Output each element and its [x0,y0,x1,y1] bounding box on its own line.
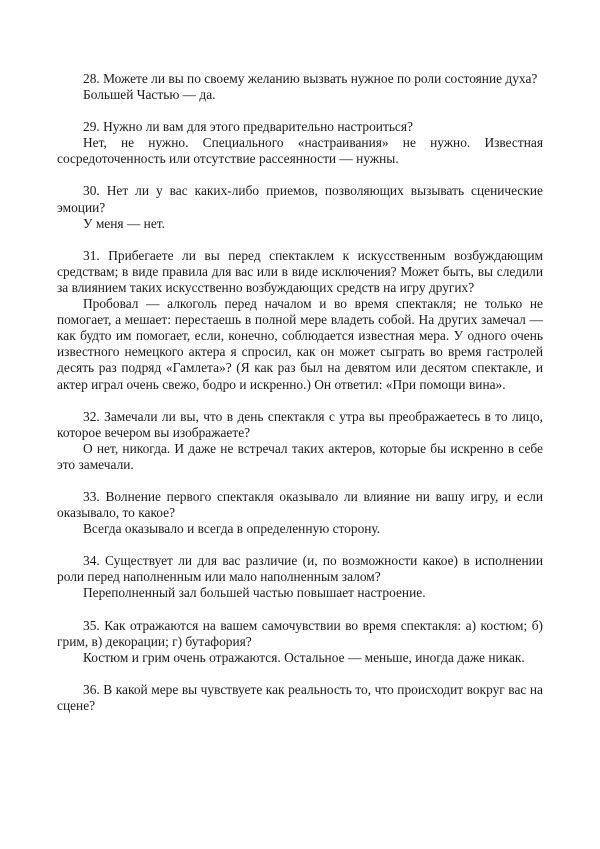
qa-item-28: 28. Можете ли вы по своему желанию вызва… [57,71,543,103]
question-text: 34. Существует ли для вас различие (и, п… [57,553,543,585]
qa-item-35: 35. Как отражаются на вашем самочувствии… [57,618,543,666]
qa-item-32: 32. Замечали ли вы, что в день спектакля… [57,409,543,473]
question-text: 32. Замечали ли вы, что в день спектакля… [57,409,543,441]
question-text: 36. В какой мере вы чувствуете как реаль… [57,682,543,714]
answer-text: Большей Частью — да. [57,87,543,103]
question-text: 30. Нет ли у вас каких-либо приемов, поз… [57,183,543,215]
question-text: 29. Нужно ли вам для этого предварительн… [57,119,543,135]
qa-item-29: 29. Нужно ли вам для этого предварительн… [57,119,543,167]
answer-text: Переполненный зал большей частью повышае… [57,585,543,601]
qa-item-34: 34. Существует ли для вас различие (и, п… [57,553,543,601]
document-page: 28. Можете ли вы по своему желанию вызва… [57,71,543,730]
question-text: 33. Волнение первого спектакля оказывало… [57,489,543,521]
qa-item-31: 31. Прибегаете ли вы перед спектаклем к … [57,248,543,393]
question-text: 35. Как отражаются на вашем самочувствии… [57,618,543,650]
qa-item-33: 33. Волнение первого спектакля оказывало… [57,489,543,537]
answer-text: Всегда оказывало и всегда в определенную… [57,521,543,537]
answer-text: Костюм и грим очень отражаются. Остально… [57,650,543,666]
answer-text: О нет, никогда. И даже не встречал таких… [57,441,543,473]
answer-text: Пробовал — алкоголь перед началом и во в… [57,296,543,393]
answer-text: Нет, не нужно. Специального «настраивани… [57,135,543,167]
question-text: 28. Можете ли вы по своему желанию вызва… [57,71,543,87]
question-text: 31. Прибегаете ли вы перед спектаклем к … [57,248,543,296]
qa-item-36: 36. В какой мере вы чувствуете как реаль… [57,682,543,714]
answer-text: У меня — нет. [57,216,543,232]
qa-item-30: 30. Нет ли у вас каких-либо приемов, поз… [57,183,543,231]
